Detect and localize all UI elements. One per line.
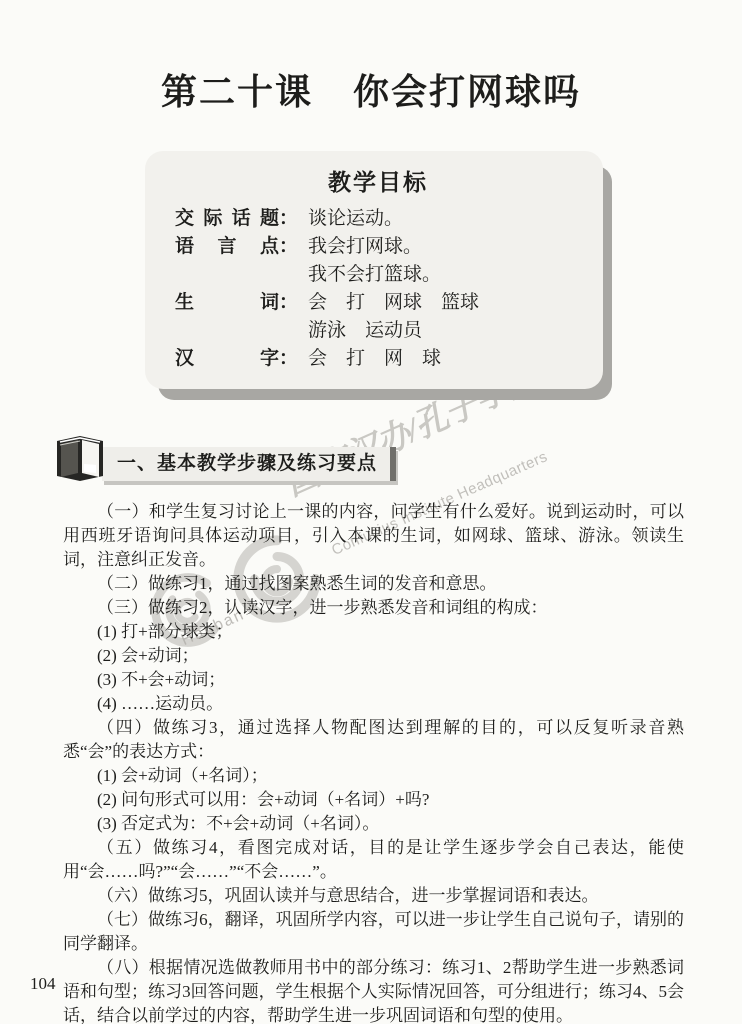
paragraph: (3) 否定式为：不+会+动词（+名词）。	[63, 812, 684, 836]
objective-value: 我不会打篮球。	[308, 261, 581, 289]
objective-row: 汉字： 会 打 网 球	[175, 345, 581, 373]
page-number: 104	[30, 974, 56, 994]
section-heading-bar: 一、基本教学步骤及练习要点	[102, 447, 396, 481]
open-book-icon	[55, 435, 105, 481]
objective-value: 游泳 运动员	[308, 317, 581, 345]
paragraph: （一）和学生复习讨论上一课的内容，问学生有什么爱好。说到运动时，可以用西班牙语询…	[63, 500, 684, 572]
paragraph: （五）做练习4，看图完成对话，目的是让学生逐步学会自己表达，能使用“会……吗?”…	[63, 836, 684, 884]
label-colon: ：	[279, 289, 298, 345]
paragraph: (2) 会+动词；	[63, 644, 684, 668]
paragraph: (3) 不+会+动词；	[63, 668, 684, 692]
textbook-page: 国家汉办/孔子学院总部 Confucius Institute Headquar…	[0, 0, 742, 1024]
objectives-box: 教学目标 交际话题： 谈论运动。 语言点： 我会打网球。 我不会打篮球。 生词：…	[145, 151, 603, 389]
paragraph: （八）根据情况选做教师用书中的部分练习：练习1、2帮助学生进一步熟悉词语和句型；…	[63, 956, 684, 1024]
lesson-body: （一）和学生复习讨论上一课的内容，问学生有什么爱好。说到运动时，可以用西班牙语询…	[63, 500, 684, 1024]
objective-row: 交际话题： 谈论运动。	[175, 205, 581, 233]
page-title: 第二十课你会打网球吗	[0, 0, 742, 115]
paragraph: （六）做练习5，巩固认读并与意思结合，进一步掌握词语和表达。	[63, 884, 684, 908]
objective-value: 会 打 网球 篮球	[308, 289, 581, 317]
paragraph: （三）做练习2，认读汉字，进一步熟悉发音和词组的构成：	[63, 596, 684, 620]
lesson-number: 第二十课	[161, 72, 313, 112]
objective-value: 会 打 网 球	[308, 345, 581, 373]
objective-row: 生词： 会 打 网球 篮球 游泳 运动员	[175, 289, 581, 345]
paragraph: (2) 问句形式可以用：会+动词（+名词）+吗?	[63, 788, 684, 812]
lesson-name: 你会打网球吗	[353, 72, 581, 112]
paragraph: (1) 会+动词（+名词）；	[63, 764, 684, 788]
objective-value: 谈论运动。	[308, 205, 581, 233]
section-heading-text: 一、基本教学步骤及练习要点	[117, 453, 377, 474]
label-colon: ：	[279, 233, 298, 289]
label-colon: ：	[279, 205, 298, 233]
paragraph: (4) ……运动员。	[63, 692, 684, 716]
paragraph: （四）做练习3，通过选择人物配图达到理解的目的，可以反复听录音熟悉“会”的表达方…	[63, 716, 684, 764]
objective-row: 语言点： 我会打网球。 我不会打篮球。	[175, 233, 581, 289]
objective-value: 我会打网球。	[308, 233, 581, 261]
objective-label: 汉字	[175, 345, 279, 373]
objective-label: 生词	[175, 289, 279, 345]
objective-label: 交际话题	[175, 205, 279, 233]
label-colon: ：	[279, 345, 298, 373]
paragraph: (1) 打+部分球类；	[63, 620, 684, 644]
section-header: 一、基本教学步骤及练习要点	[55, 435, 742, 481]
paragraph: （七）做练习6，翻译，巩固所学内容，可以进一步让学生自己说句子，请别的同学翻译。	[63, 908, 684, 956]
paragraph: （二）做练习1，通过找图案熟悉生词的发音和意思。	[63, 572, 684, 596]
objective-label: 语言点	[175, 233, 279, 289]
objectives-title: 教学目标	[175, 164, 581, 197]
